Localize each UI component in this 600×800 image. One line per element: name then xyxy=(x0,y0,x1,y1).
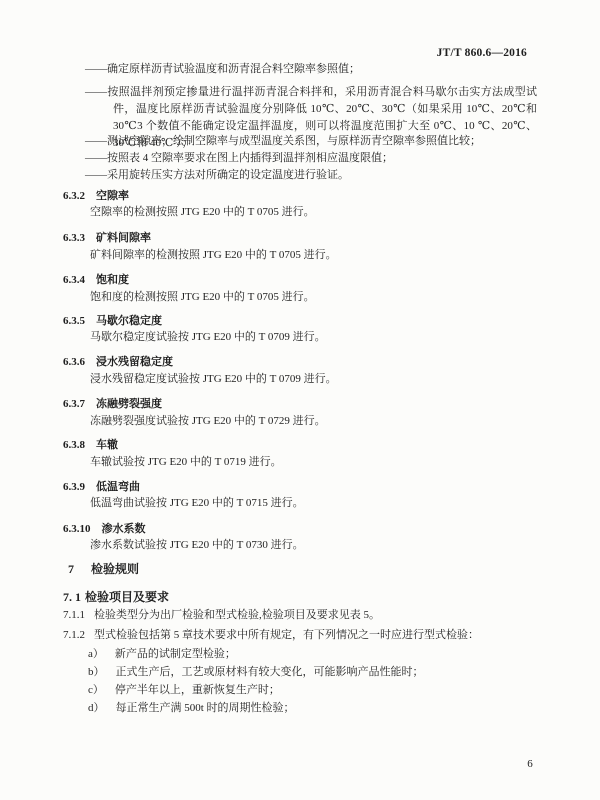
list-marker: d） xyxy=(88,702,105,714)
document-code-header: JT/T 860.6—2016 xyxy=(0,47,527,59)
section-number: 6.3.9 xyxy=(63,481,85,493)
clause-paragraph: 7.1.1检验类型分为出厂检验和型式检验,检验项目及要求见表 5。 xyxy=(63,608,563,623)
dash-list-item: ——采用旋转压实方法对所确定的设定温度进行验证。 xyxy=(85,167,537,184)
section-body: 饱和度的检测按照 JTG E20 中的 T 0705 进行。 xyxy=(90,290,560,305)
section-body: 车辙试验按 JTG E20 中的 T 0719 进行。 xyxy=(90,455,560,470)
list-item-text: 每正常生产满 500t 时的周期性检验； xyxy=(116,702,295,714)
section-number: 6.3.8 xyxy=(63,439,85,451)
lettered-list-item: c）停产半年以上，重新恢复生产时； xyxy=(88,683,548,698)
section-heading: 6.3.6浸水残留稳定度 xyxy=(63,353,173,369)
section-title: 马歇尔稳定度 xyxy=(96,315,162,327)
section-body: 马歇尔稳定度试验按 JTG E20 中的 T 0709 进行。 xyxy=(90,330,560,345)
chapter-number: 7 xyxy=(68,562,74,576)
subsection-number: 7. 1 xyxy=(63,590,81,604)
section-heading: 6.3.5马歇尔稳定度 xyxy=(63,312,162,328)
section-body: 空隙率的检测按照 JTG E20 中的 T 0705 进行。 xyxy=(90,205,560,220)
section-heading: 6.3.2空隙率 xyxy=(63,187,129,203)
page-number: 6 xyxy=(520,758,540,770)
section-heading: 6.3.10渗水系数 xyxy=(63,520,146,536)
subsection-heading: 7. 1检验项目及要求 xyxy=(63,588,169,605)
clause-text: 检验类型分为出厂检验和型式检验,检验项目及要求见表 5。 xyxy=(94,609,380,621)
section-number: 6.3.10 xyxy=(63,523,91,535)
section-heading: 6.3.8车辙 xyxy=(63,436,118,452)
section-title: 渗水系数 xyxy=(102,523,146,535)
list-item-text: 新产品的试制定型检验； xyxy=(115,648,236,660)
dash-list-item: ——确定原样沥青试验温度和沥青混合料空隙率参照值； xyxy=(85,61,537,78)
section-title: 低温弯曲 xyxy=(96,481,140,493)
section-heading: 6.3.9低温弯曲 xyxy=(63,478,140,494)
lettered-list-item: d）每正常生产满 500t 时的周期性检验； xyxy=(88,701,548,716)
document-page: JT/T 860.6—2016 ——确定原样沥青试验温度和沥青混合料空隙率参照值… xyxy=(0,0,600,800)
clause-paragraph: 7.1.2型式检验包括第 5 章技术要求中所有规定，有下列情况之一时应进行型式检… xyxy=(63,628,563,643)
dash-list-item: ——测试空隙率，绘制空隙率与成型温度关系图，与原样沥青空隙率参照值比较； xyxy=(85,133,537,150)
section-number: 6.3.7 xyxy=(63,398,85,410)
chapter-title: 检验规则 xyxy=(91,562,139,576)
section-title: 空隙率 xyxy=(96,190,129,202)
section-title: 饱和度 xyxy=(96,274,129,286)
section-number: 6.3.6 xyxy=(63,356,85,368)
lettered-list-item: a）新产品的试制定型检验； xyxy=(88,647,548,662)
dash-list-item: ——按照表 4 空隙率要求在图上内插得到温拌剂相应温度限值； xyxy=(85,150,537,167)
clause-text: 型式检验包括第 5 章技术要求中所有规定，有下列情况之一时应进行型式检验： xyxy=(94,629,479,641)
section-body: 矿料间隙率的检测按照 JTG E20 中的 T 0705 进行。 xyxy=(90,248,560,263)
section-heading: 6.3.4饱和度 xyxy=(63,271,129,287)
section-body: 浸水残留稳定度试验按 JTG E20 中的 T 0709 进行。 xyxy=(90,372,560,387)
list-marker: a） xyxy=(88,648,104,660)
section-number: 6.3.3 xyxy=(63,232,85,244)
subsection-title: 检验项目及要求 xyxy=(85,590,169,604)
section-title: 矿料间隙率 xyxy=(96,232,151,244)
section-heading: 6.3.7冻融劈裂强度 xyxy=(63,395,162,411)
section-title: 车辙 xyxy=(96,439,118,451)
clause-number: 7.1.1 xyxy=(63,609,85,621)
section-number: 6.3.2 xyxy=(63,190,85,202)
lettered-list-item: b）正式生产后，工艺或原材料有较大变化，可能影响产品性能时； xyxy=(88,665,548,680)
section-heading: 6.3.3矿料间隙率 xyxy=(63,229,151,245)
section-body: 冻融劈裂强度试验按 JTG E20 中的 T 0729 进行。 xyxy=(90,414,560,429)
section-title: 浸水残留稳定度 xyxy=(96,356,173,368)
list-item-text: 正式生产后，工艺或原材料有较大变化，可能影响产品性能时； xyxy=(116,666,424,678)
list-marker: c） xyxy=(88,684,104,696)
clause-number: 7.1.2 xyxy=(63,629,85,641)
section-title: 冻融劈裂强度 xyxy=(96,398,162,410)
list-marker: b） xyxy=(88,666,105,678)
section-number: 6.3.5 xyxy=(63,315,85,327)
section-body: 低温弯曲试验按 JTG E20 中的 T 0715 进行。 xyxy=(90,496,560,511)
section-number: 6.3.4 xyxy=(63,274,85,286)
section-body: 渗水系数试验按 JTG E20 中的 T 0730 进行。 xyxy=(90,538,560,553)
chapter-heading: 7检验规则 xyxy=(68,560,139,577)
list-item-text: 停产半年以上，重新恢复生产时； xyxy=(115,684,280,696)
